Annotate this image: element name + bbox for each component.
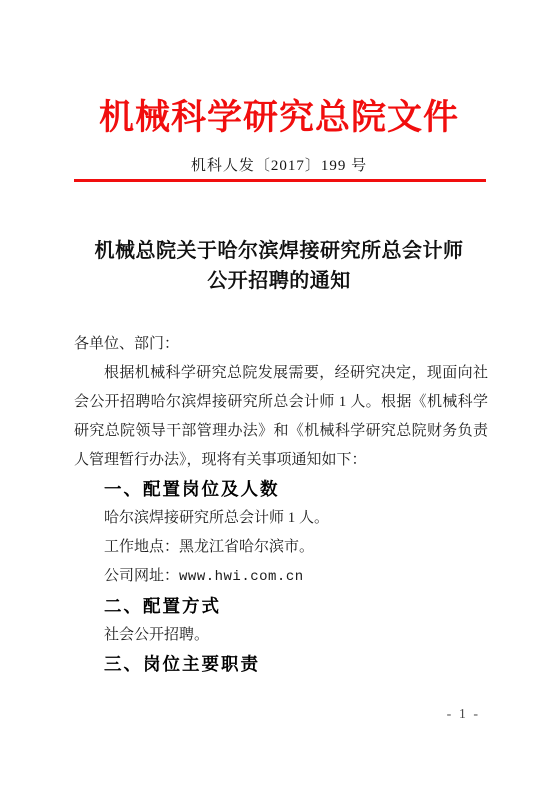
document-title-line2: 公开招聘的通知 — [207, 270, 351, 292]
section-1-line-website: 公司网址：www.hwi.com.cn — [74, 562, 488, 592]
website-url: www.hwi.com.cn — [179, 569, 304, 585]
intro-paragraph: 根据机械科学研究总院发展需要，经研究决定，现面向社会公开招聘哈尔滨焊接研究所总会… — [74, 359, 488, 475]
document-page: 机械科学研究总院文件 机科人发〔2017〕199 号 机械总院关于哈尔滨焊接研究… — [0, 0, 558, 786]
letterhead-org-title: 机械科学研究总院文件 — [0, 90, 558, 140]
letterhead-divider-rule — [74, 179, 486, 182]
section-1-line-work-location: 工作地点：黑龙江省哈尔滨市。 — [74, 533, 488, 562]
salutation-line: 各单位、部门： — [74, 330, 488, 359]
document-title: 机械总院关于哈尔滨焊接研究所总会计师 公开招聘的通知 — [40, 236, 518, 296]
page-number: - 1 - — [447, 707, 480, 723]
document-body: 各单位、部门： 根据机械科学研究总院发展需要，经研究决定，现面向社会公开招聘哈尔… — [74, 330, 488, 679]
section-3-heading: 三、岗位主要职责 — [74, 650, 488, 679]
document-title-line1: 机械总院关于哈尔滨焊接研究所总会计师 — [95, 240, 464, 262]
document-number: 机科人发〔2017〕199 号 — [0, 154, 558, 175]
section-2-line-recruitment-mode: 社会公开招聘。 — [74, 621, 488, 650]
section-1-heading: 一、配置岗位及人数 — [74, 475, 488, 504]
website-label: 公司网址： — [104, 568, 179, 584]
section-1-line-position-count: 哈尔滨焊接研究所总会计师 1 人。 — [74, 504, 488, 533]
section-2-heading: 二、配置方式 — [74, 592, 488, 621]
